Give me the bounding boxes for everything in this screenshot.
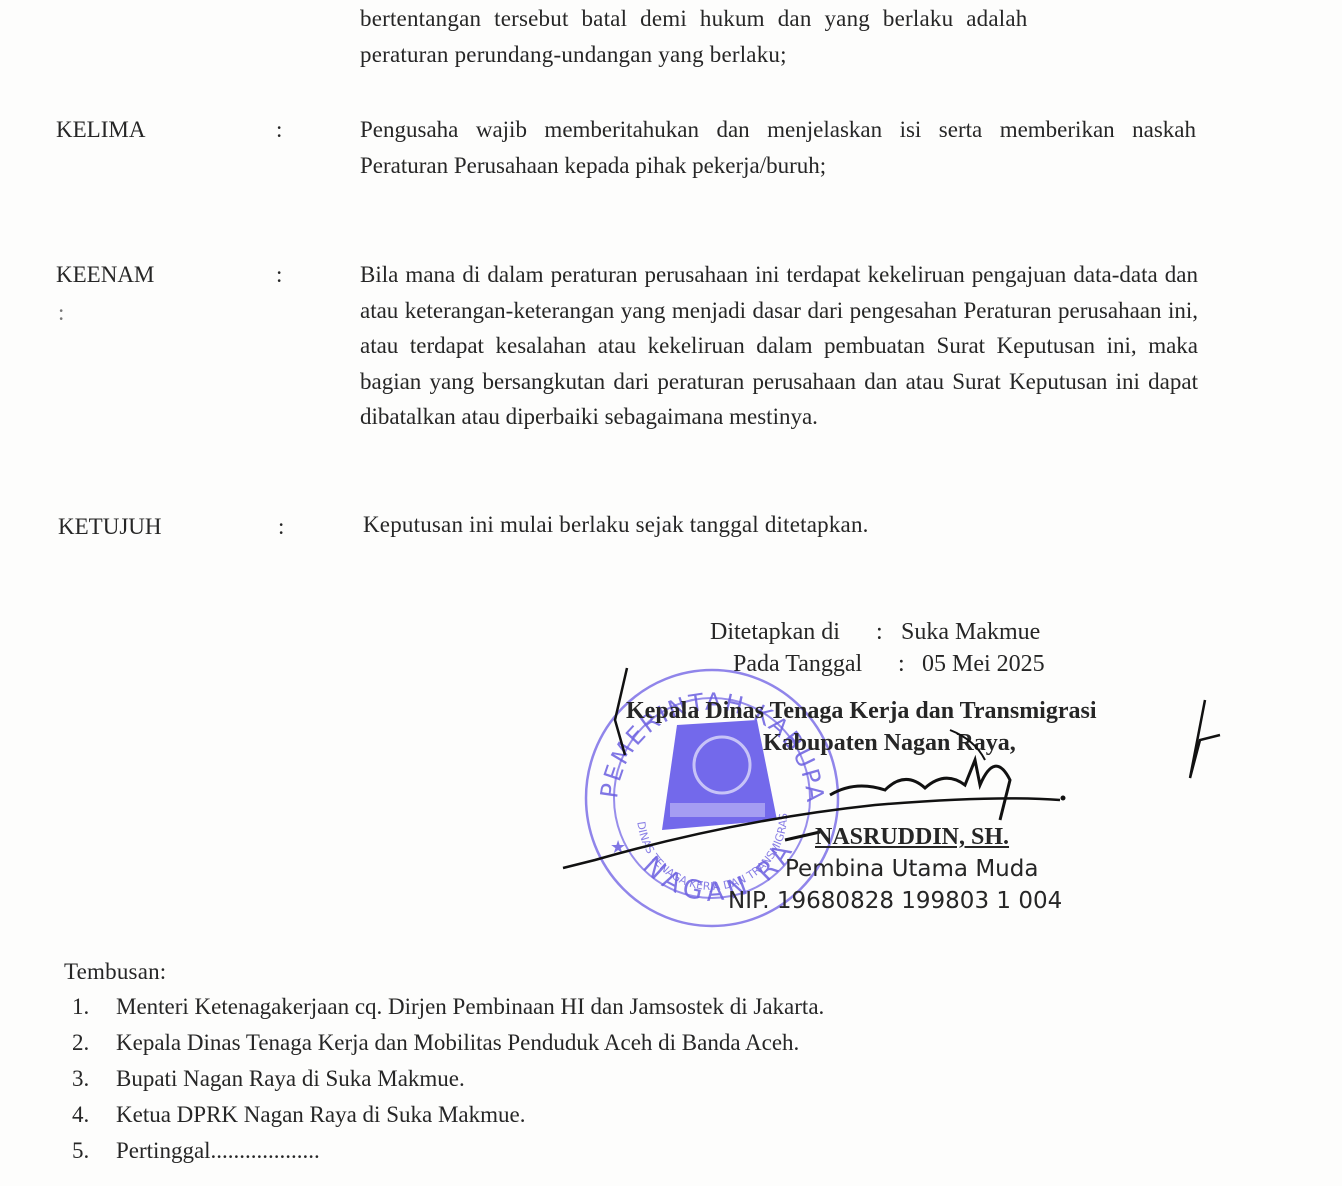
signatory-office-line-1: Kepala Dinas Tenaga Kerja dan Transmigra… <box>626 698 1097 725</box>
article-colon: : <box>276 117 282 143</box>
tembusan-item: 4.Ketua DPRK Nagan Raya di Suka Makmue. <box>72 1102 525 1128</box>
article-text-ketujuh: Keputusan ini mulai berlaku sejak tangga… <box>363 512 869 538</box>
article-label-keenam: KEENAM <box>56 262 154 288</box>
signatory-rank: Pembina Utama Muda <box>785 856 1038 882</box>
enactment-date-label: Pada Tanggal <box>733 651 862 678</box>
enactment-separator: : <box>898 651 905 678</box>
enactment-separator: : <box>876 619 883 646</box>
signatory-office-line-2: Kabupaten Nagan Raya, <box>763 730 1016 757</box>
continuation-line-1: bertentangan tersebut batal demi hukum d… <box>360 6 1027 32</box>
article-label-kelima: KELIMA <box>56 117 145 143</box>
svg-text:★: ★ <box>610 837 626 857</box>
tembusan-item: 1.Menteri Ketenagakerjaan cq. Dirjen Pem… <box>72 994 824 1020</box>
enactment-date-value: 05 Mei 2025 <box>922 651 1045 678</box>
signatory-nip: NIP. 19680828 199803 1 004 <box>728 888 1062 914</box>
tembusan-item: 3.Bupati Nagan Raya di Suka Makmue. <box>72 1066 465 1092</box>
article-text-keenam: Bila mana di dalam peraturan perusahaan … <box>360 257 1198 435</box>
article-label-ketujuh: KETUJUH <box>58 514 162 540</box>
article-colon: : <box>276 262 282 288</box>
tembusan-title: Tembusan: <box>64 959 166 985</box>
article-text-kelima: Pengusaha wajib memberitahukan dan menje… <box>360 112 1196 183</box>
continuation-line-2: peraturan perundang-undangan yang berlak… <box>360 42 787 68</box>
enactment-place-value: Suka Makmue <box>901 619 1040 646</box>
tembusan-item: 2.Kepala Dinas Tenaga Kerja dan Mobilita… <box>72 1030 799 1056</box>
stray-colon: : <box>58 300 64 326</box>
tembusan-item: 5.Pertinggal................... <box>72 1138 320 1164</box>
article-colon: : <box>278 514 284 540</box>
signatory-name: NASRUDDIN, SH. <box>815 824 1009 851</box>
enactment-place-label: Ditetapkan di <box>710 619 840 646</box>
